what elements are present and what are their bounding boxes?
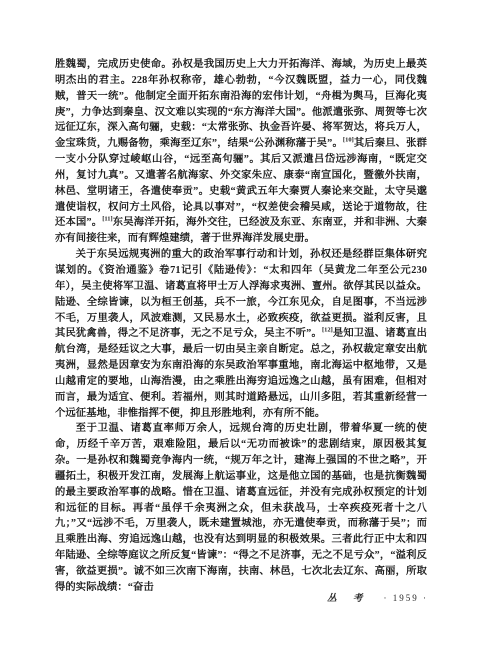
paragraph: 胜魏蜀，完成历史使命。孙权是我国历史上大力开拓海洋、海域，为历史上最英明杰出的君… <box>55 57 427 247</box>
page-footer: 丛 考· 1959 · <box>0 588 428 606</box>
footnote-marker: [10] <box>343 137 354 144</box>
paragraph: 关于东吴远规夷洲的重大的政治军事行动和计划，孙权还是经群臣集体研究谋划的。《资治… <box>55 247 427 421</box>
footnote-marker: [11] <box>102 216 112 223</box>
document-page: 胜魏蜀，完成历史使命。孙权是我国历史上大力开拓海洋、海域，为历史上最英明杰出的君… <box>0 0 480 651</box>
running-foot-section-label: 丛 考 <box>327 594 369 604</box>
body-text: 胜魏蜀，完成历史使命。孙权是我国历史上大力开拓海洋、海域，为历史上最英明杰出的君… <box>55 57 427 596</box>
page-number: · 1959 · <box>384 593 429 603</box>
footnote-marker: [12] <box>322 327 333 334</box>
paragraph: 至于卫温、诸葛直率师万余人，远规台湾的历史壮剧，带着华夏一统的使命，历经千辛万苦… <box>55 421 427 595</box>
